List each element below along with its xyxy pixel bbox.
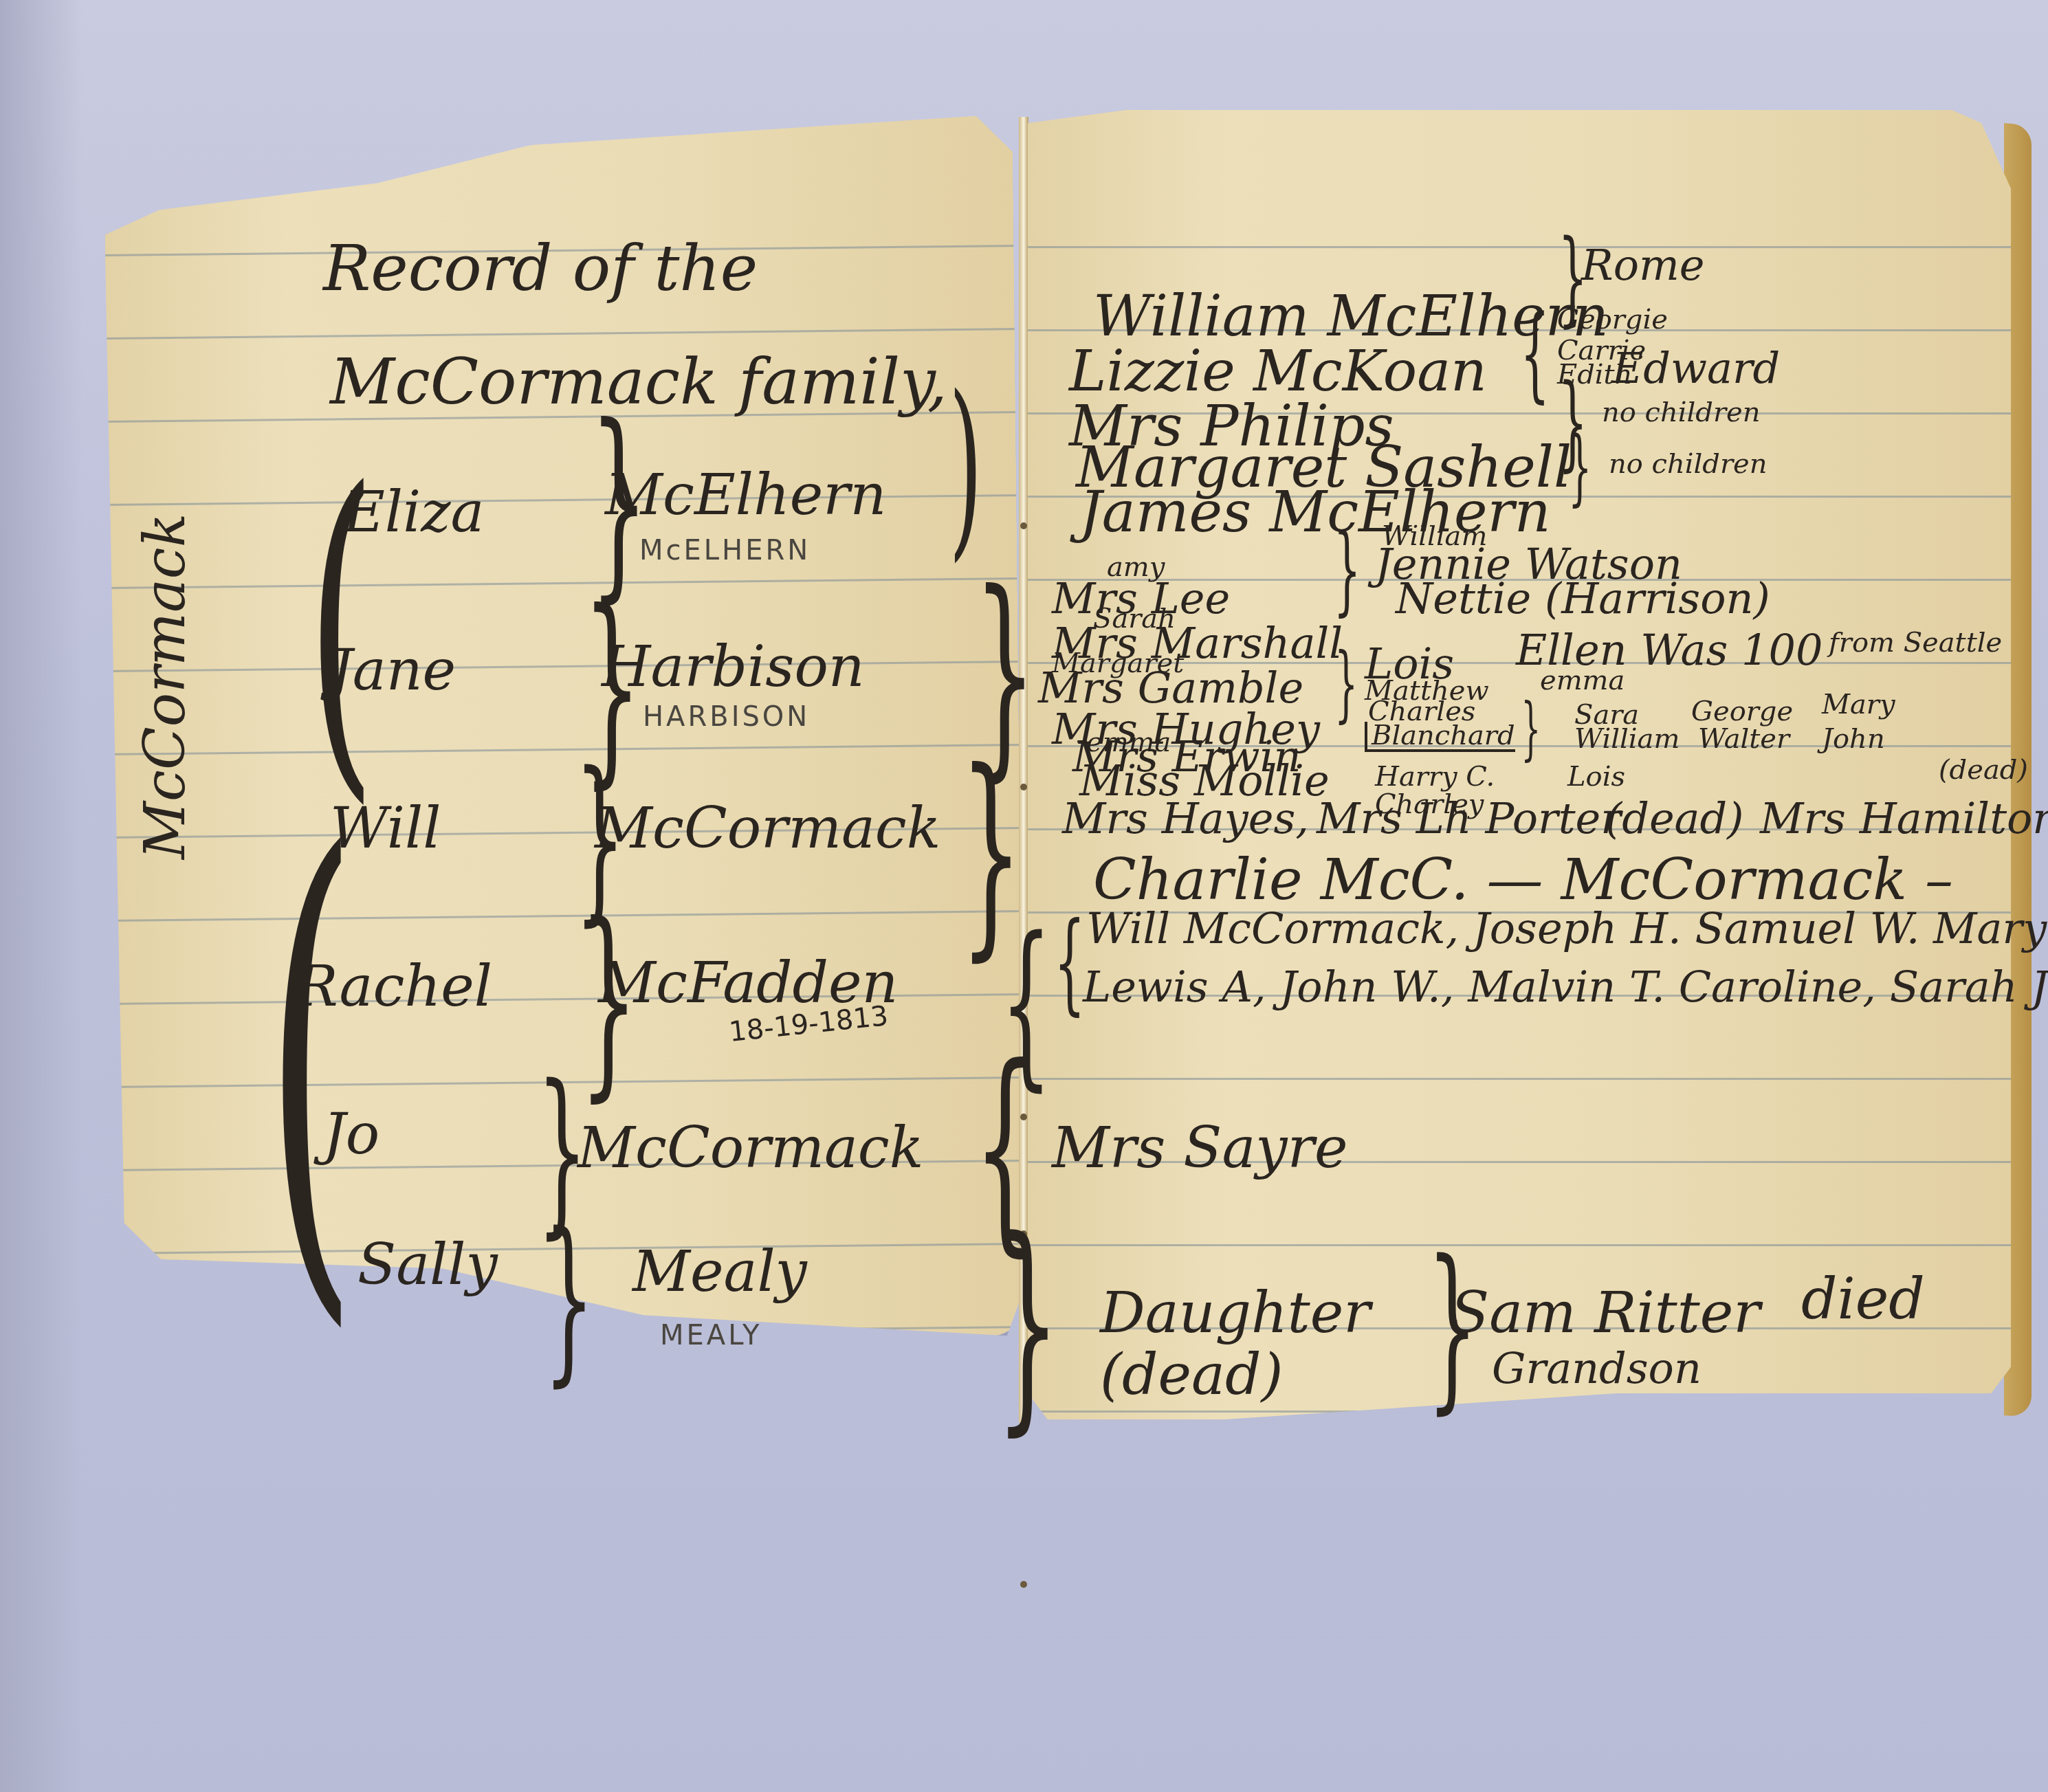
- brace-icon: {: [1054, 907, 1086, 1017]
- printed-surname: MEALY: [660, 1320, 762, 1351]
- note-no-children-2: no children: [1609, 450, 1767, 478]
- label-dead: (dead): [1100, 1347, 1283, 1404]
- note-mary: Mary: [1822, 691, 1895, 718]
- left-bracket-lower: (: [264, 790, 358, 1327]
- brace-icon: }: [1333, 522, 1361, 619]
- given-name-rachel: Rachel: [296, 959, 492, 1015]
- name-mrs-sayre: Mrs Sayre: [1052, 1120, 1347, 1177]
- note-from-seattle: from Seattle: [1829, 629, 2002, 656]
- given-name-jo: Jo: [323, 1107, 379, 1163]
- note-georgie: Georgie: [1557, 306, 1668, 333]
- brace-icon: ): [949, 371, 982, 564]
- name-sam-ritter: Sam Ritter: [1451, 1285, 1760, 1342]
- name-lizzie-mckoan: Lizzie McKoan: [1069, 344, 1487, 400]
- child-harry-c: Harry C.: [1375, 763, 1495, 790]
- vertical-family-label: McCormack: [137, 513, 194, 859]
- given-name-will: Will: [330, 801, 441, 857]
- note-john: John: [1822, 725, 1885, 753]
- printed-surname: McELHERN: [639, 535, 811, 566]
- brace-icon: }: [1568, 426, 1592, 509]
- brace-icon: }: [1521, 694, 1541, 763]
- label-died: died: [1801, 1272, 1925, 1328]
- title-line-1: Record of the: [323, 237, 758, 300]
- given-name-jane: Jane: [330, 643, 456, 699]
- surname-mccormack: McCormack: [595, 801, 940, 857]
- surname-mcelhern: McElhern: [605, 467, 886, 524]
- given-name-sally: Sally: [357, 1237, 498, 1294]
- surname-mealy: Mealy: [632, 1244, 807, 1301]
- brace-icon: }: [1334, 643, 1358, 725]
- label-grandson: Grandson: [1492, 1347, 1702, 1390]
- name-mrs-gamble: Mrs Gamble: [1038, 667, 1303, 709]
- child-nettie-harrison: Nettie (Harrison): [1396, 577, 1770, 620]
- child-blanchard: Blanchard: [1365, 722, 1515, 752]
- note-emma: emma: [1540, 667, 1625, 694]
- brace-icon: }: [995, 1210, 1060, 1437]
- binding-stitch: [1020, 522, 1027, 529]
- binding-stitch: [1020, 1581, 1027, 1588]
- note-no-children-1: no children: [1602, 399, 1760, 426]
- brace-icon: {: [1520, 302, 1550, 406]
- surname-harbison: Harbison: [602, 639, 865, 696]
- given-name-eliza: Eliza: [344, 485, 484, 541]
- brace-icon: }: [543, 1210, 594, 1389]
- note-edward: Edward: [1612, 347, 1780, 390]
- note-george: George: [1691, 698, 1793, 725]
- name-mrs-hayes: Mrs Hayes,: [1062, 797, 1309, 840]
- line-lewis-sarah-jane: Lewis A, John W., Malvin T. Caroline, Sa…: [1083, 966, 2048, 1008]
- note-rome: Rome: [1581, 244, 1705, 287]
- name-mrs-hamilton: Mrs Hamilton: [1760, 797, 2048, 840]
- background-shadow: [0, 0, 82, 1792]
- name-mrs-porter: Mrs Lh Porter: [1317, 797, 1621, 840]
- note-lois: Lois: [1567, 763, 1625, 790]
- line-will-mccormack: Will McCormack, Joseph H. Samuel W. Mary…: [1086, 907, 2048, 950]
- surname-mccormack-2: McCormack: [577, 1120, 923, 1177]
- note-walter: Walter: [1698, 725, 1790, 753]
- line-charlie-mccormack: Charlie McC. — McCormack –: [1093, 852, 1953, 909]
- printed-surname: HARBISON: [643, 701, 810, 733]
- note-dead-1: (dead): [1605, 797, 1743, 840]
- label-daughter: Daughter: [1100, 1285, 1370, 1342]
- note-william: William: [1574, 725, 1680, 753]
- note-dead-2: (dead): [1939, 756, 2028, 784]
